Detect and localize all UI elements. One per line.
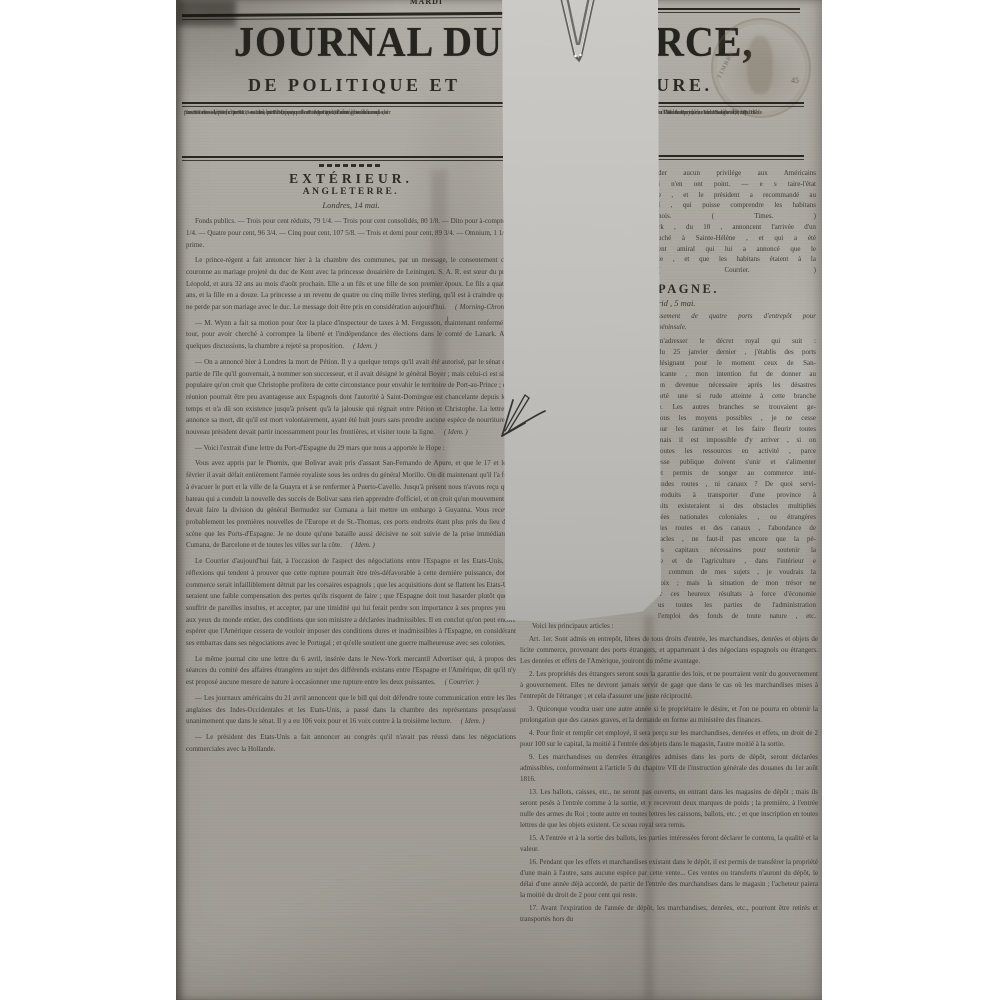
- text-line: uché à Sainte-Hélène , et qui a été: [658, 233, 816, 244]
- text-line: tous les moyens possibles , je ne cesse: [658, 413, 816, 424]
- left-column: EXTÉRIEUR. ANGLETERRE. Londres, 14 mai. …: [186, 164, 516, 1000]
- text-line: der aucun privilége aux Américains: [658, 168, 816, 179]
- text-line: péninsule.: [658, 322, 816, 333]
- section-heading: EXTÉRIEUR.: [186, 173, 516, 185]
- newspaper-subtitle-right: URE.: [656, 76, 713, 94]
- article-paragraph: — Les journaux américains du 21 avril an…: [186, 693, 516, 728]
- text-line: ( Courrier. ): [658, 265, 816, 276]
- paperclip-icon: [548, 0, 604, 72]
- masthead-day: MARDI: [410, 0, 443, 6]
- espagne-heading: PAGNE.: [658, 282, 816, 297]
- article-paragraph: Le même journal cite une lettre du 6 avr…: [186, 654, 516, 689]
- article-paragraph: 16. Pendant que les effets et marchandis…: [520, 857, 818, 901]
- text-line: rées nationales coloniales , ou étrangèr…: [658, 512, 816, 523]
- text-line: ent amiral qui lui a annoncé que le: [658, 244, 816, 255]
- article-paragraph: Le prince-régent a fait annoncer hier à …: [186, 255, 516, 314]
- text-line: licante , mon intention fut de donner au: [658, 369, 816, 380]
- text-line: du 25 janvier dernier , j'établis des po…: [658, 347, 816, 358]
- text-line: nois. ( Times. ): [658, 211, 816, 222]
- right-column-lower: Voici les principaux articles : Art. 1er…: [520, 621, 818, 1000]
- mid-rule-left: [182, 102, 504, 107]
- text-line: orté une si rude atteinte à cette branch…: [658, 391, 816, 402]
- mid-rule-right: [656, 102, 804, 107]
- article-paragraph: 13. Les ballots, caisses, etc., ne seron…: [520, 787, 818, 831]
- text-line: et permis de songer au commerce inté-: [658, 468, 816, 479]
- text-line: on devenue nécessaire après les désastre…: [658, 380, 816, 391]
- text-line: e commun de mes sujets , je voudrais la: [658, 567, 816, 578]
- text-line: ir ces heureux résultats à force d'écono…: [658, 589, 816, 600]
- text-line: produits à transporter d'une province à: [658, 490, 816, 501]
- article-paragraph: 4. Pour finir et remplir cet employé, il…: [520, 728, 818, 750]
- text-line: l , qui puisse comprendre les habitans: [658, 200, 816, 211]
- article-paragraph: 15. A l'entrée et à la sortie des ballot…: [520, 833, 818, 855]
- article-paragraph: 2. Les propriétés des étrangers seront s…: [520, 669, 818, 702]
- text-line: foix ; mais la situation de mon trésor n…: [658, 578, 816, 589]
- low-rule-right: [656, 155, 804, 160]
- paper-stain: [431, 170, 447, 500]
- dateline-london: Londres, 14 mai.: [186, 200, 516, 212]
- low-rule-left: [182, 156, 504, 161]
- decree-fragments: m'adresser le décret royal qui suit :du …: [658, 336, 816, 622]
- top-rule-right: [658, 8, 800, 13]
- article-paragraph: — Voici l'extrait d'une lettre du Port-d…: [186, 443, 516, 455]
- articles-intro: Voici les principaux articles :: [520, 621, 818, 632]
- text-line: i n'en ont point. — e s taire-l'état: [658, 179, 816, 190]
- notice-line: postes des départemens. — Les lettres, p…: [184, 108, 388, 118]
- text-line: e , et le président a recommandé au: [658, 190, 816, 201]
- text-line: mais il est impossible d'y arriver , si …: [658, 435, 816, 446]
- article-paragraph: — On a annoncé hier à Londres la mort de…: [186, 357, 516, 439]
- country-heading: ANGLETERRE.: [186, 187, 516, 199]
- article-paragraph: Art. 1er. Sont admis en entrepôt, libres…: [520, 634, 818, 667]
- attribution: ( Idem. ): [344, 341, 377, 353]
- section-ornament: [319, 164, 383, 167]
- text-line: rk , du 10 , annoncent l'arrivée d'un: [658, 222, 816, 233]
- text-line: toutes les ressources en activité , parc…: [658, 446, 816, 457]
- article-paragraph: Fonds publics. — Trois pour cent réduits…: [186, 216, 516, 251]
- newspaper-subtitle-left: DE POLITIQUE ET: [248, 76, 461, 94]
- left-column-paragraphs: Fonds publics. — Trois pour cent réduits…: [186, 216, 516, 755]
- text-line: m'adresser le décret royal qui suit :: [658, 336, 816, 347]
- decree-intro-italic: ssement de quatre ports d'entrepôt pourp…: [658, 311, 816, 333]
- ink-arrow-annotation: [494, 388, 556, 450]
- bookmark-strip: [502, 0, 661, 622]
- paper-stain: [644, 615, 654, 1000]
- text-line: ssement de quatre ports d'entrepôt pour: [658, 311, 816, 322]
- text-line: uits existeraient si des obstacles multi…: [658, 501, 816, 512]
- text-line: le , et que les habitans étaient à la: [658, 254, 816, 265]
- screenshot-canvas: MARDI JOURNAL DU RCE, DE POLITIQUE ET UR…: [0, 0, 1000, 1000]
- right-column-upper: der aucun privilége aux Américainsi n'en…: [658, 168, 816, 622]
- text-line: us toutes les parties de l'administratio…: [658, 600, 816, 611]
- stamp-rim-text: TIMBRE: [717, 50, 736, 80]
- attribution: ( Idem. ): [342, 540, 375, 552]
- article-paragraph: Le Courrier d'aujourd'hui fait, à l'occa…: [186, 556, 516, 650]
- newspaper-title-left: JOURNAL DU: [234, 21, 503, 63]
- articles-list: Art. 1er. Sont admis en entrepôt, libres…: [520, 634, 818, 925]
- attribution: ( Courrier. ): [436, 677, 479, 689]
- text-line: e. Les autres branches se trouvaient ge-: [658, 402, 816, 413]
- text-line: l'emploi des fonds de toute nature , etc…: [658, 611, 816, 622]
- right-upper-lines: der aucun privilége aux Américainsi n'en…: [658, 168, 816, 276]
- article-paragraph: 17. Avant l'expiration de l'année de dép…: [520, 903, 818, 925]
- newspaper-photo: MARDI JOURNAL DU RCE, DE POLITIQUE ET UR…: [176, 0, 822, 1000]
- article-paragraph: Vous avez appris par le Phœnix, que Boli…: [186, 458, 516, 552]
- article-paragraph: — Le président des Etats-Unis a fait ann…: [186, 732, 516, 755]
- text-line: andes routes , ni canaux ? De quoi servi…: [658, 479, 816, 490]
- text-line: esse publique doivent s'unir et s'alimen…: [658, 457, 816, 468]
- text-line: our les ranimer et les faire fleurir tou…: [658, 424, 816, 435]
- text-line: des routes et des canaux , l'abondance d…: [658, 523, 816, 534]
- text-line: es capitaux nécessaires pour soutenir la: [658, 545, 816, 556]
- stamp-value: 45: [791, 76, 799, 85]
- attribution: ( Idem. ): [452, 716, 485, 728]
- stamp-figure: [747, 36, 773, 94]
- article-paragraph: 9. Les marchandises ou denrées étrangère…: [520, 752, 818, 785]
- article-paragraph: 3. Quiconque voudra user une autre année…: [520, 704, 818, 726]
- text-line: ie et de l'agriculture , dans l'intérieu…: [658, 556, 816, 567]
- text-line: tacles , ne faut-il pas encore que la pé…: [658, 534, 816, 545]
- dateline-madrid: rid , 5 mai.: [658, 298, 816, 308]
- notice-line: du Commerce, rue de Vaugirard, n°. 16.: [656, 108, 758, 118]
- text-line: désignant pour le moment ceux de San-: [658, 358, 816, 369]
- paper-stain: [176, 0, 236, 26]
